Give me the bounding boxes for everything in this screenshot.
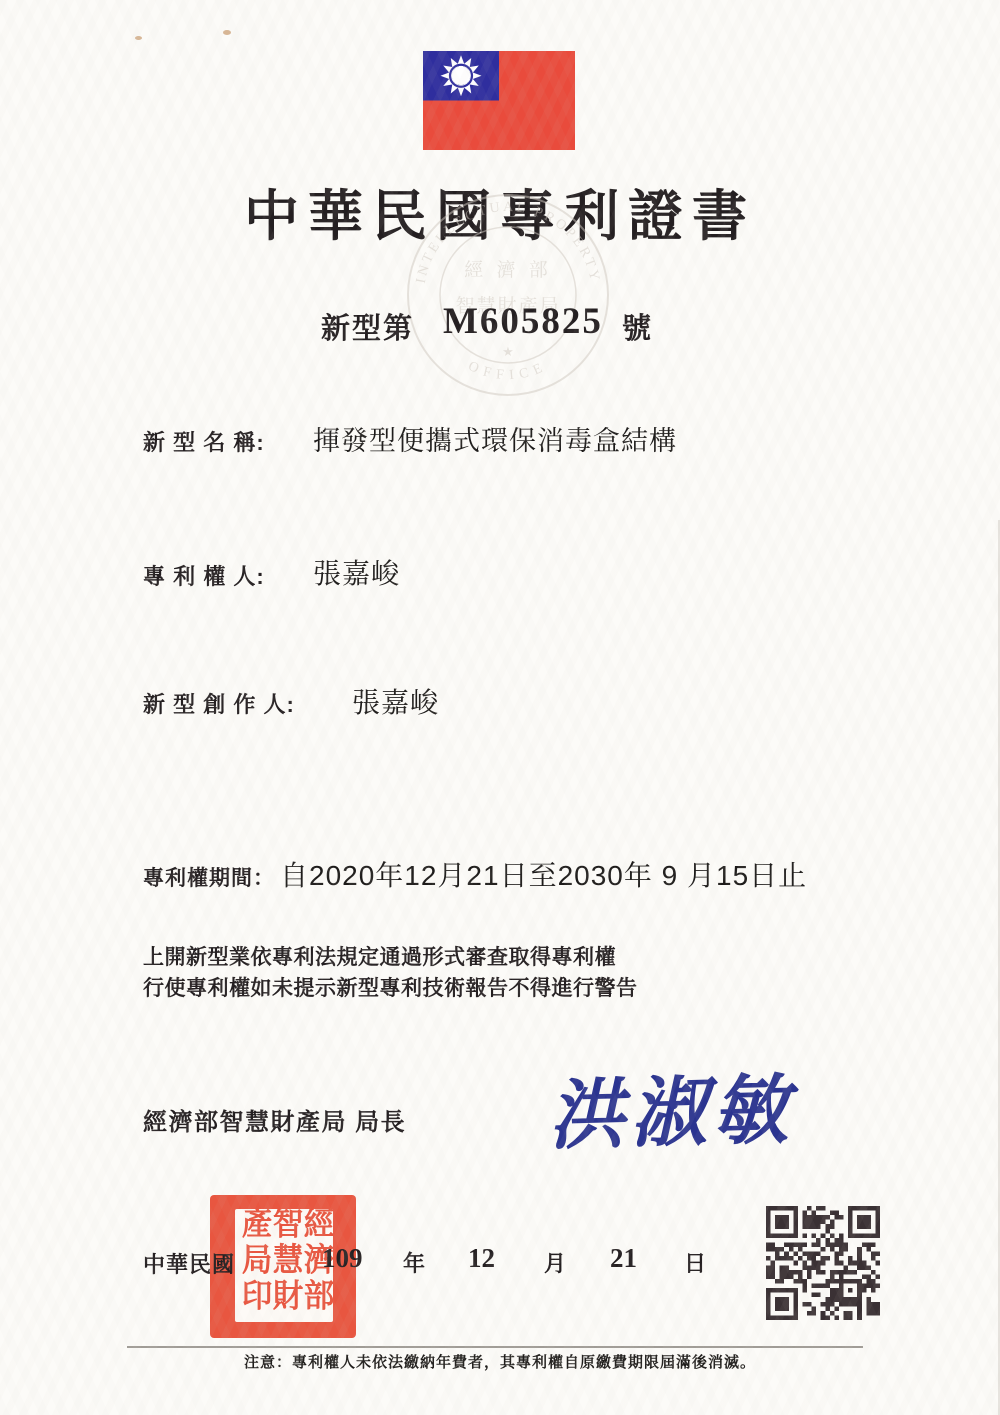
watermark-ring-text-bottom: OFFICE — [466, 359, 550, 383]
scan-speck — [135, 36, 142, 40]
date-month-unit: 月 — [544, 1247, 566, 1278]
certificate-title: 中華民國專利證書 — [0, 172, 1000, 251]
legal-statement-2: 行使專利權如未提示新型專利技術報告不得進行警告 — [143, 973, 703, 1004]
svg-text:OFFICE: OFFICE — [466, 359, 550, 383]
watermark-inner-text: 經 濟 部 — [464, 259, 552, 281]
field-value-creator: 張嘉峻 — [352, 681, 439, 721]
taiwan-flag — [423, 51, 575, 150]
date-day-value: 21 — [610, 1243, 637, 1274]
seal-inner-panel: 經濟部 智慧財 產局印 — [235, 1209, 333, 1322]
date-era-label: 中華民國 — [143, 1248, 235, 1279]
patent-certificate-page: 中華民國專利證書 INTELLECTUAL PROPERTY OFFICE 經 … — [0, 0, 1000, 1415]
date-month-value: 12 — [468, 1243, 495, 1274]
qr-code — [766, 1206, 880, 1320]
field-label-patentee: 專 利 權 人: — [143, 560, 265, 591]
scan-speck — [223, 30, 231, 35]
footer-divider-line — [127, 1346, 863, 1348]
cert-no-suffix: 號 — [622, 306, 651, 347]
watermark-star-icon: ★ — [502, 344, 514, 359]
issuer-title: 經濟部智慧財產局 局長 — [143, 1102, 406, 1137]
field-value-patentee: 張嘉峻 — [313, 552, 400, 592]
director-general-signature: 洪淑敏 — [547, 1049, 796, 1164]
field-label-utility-model-name: 新 型 名 稱: — [143, 426, 265, 457]
footer-note: 注意：專利權人未依法繳納年費者，其專利權自原繳費期限屆滿後消滅。 — [0, 1351, 1000, 1372]
seal-script-column: 智慧財 — [269, 1207, 300, 1325]
legal-statement-1: 上開新型業依專利法規定通過形式審查取得專利權 — [143, 942, 703, 973]
field-value-utility-model-name: 揮發型便攜式環保消毒盒結構 — [313, 419, 677, 458]
sun-disc — [452, 66, 471, 85]
field-label-creator: 新 型 創 作 人: — [143, 688, 295, 719]
cert-no-value: M605825 — [443, 300, 603, 343]
cert-no-prefix: 新型第 — [321, 306, 414, 347]
date-day-unit: 日 — [684, 1247, 706, 1278]
seal-script-column: 產局印 — [238, 1207, 269, 1325]
field-value-patent-term: 自2020年12月21日至2030年 9 月15日止 — [280, 854, 807, 894]
date-year-unit: 年 — [403, 1247, 425, 1278]
date-year-value: 109 — [322, 1243, 363, 1274]
field-label-patent-term: 專利權期間： — [143, 862, 275, 892]
